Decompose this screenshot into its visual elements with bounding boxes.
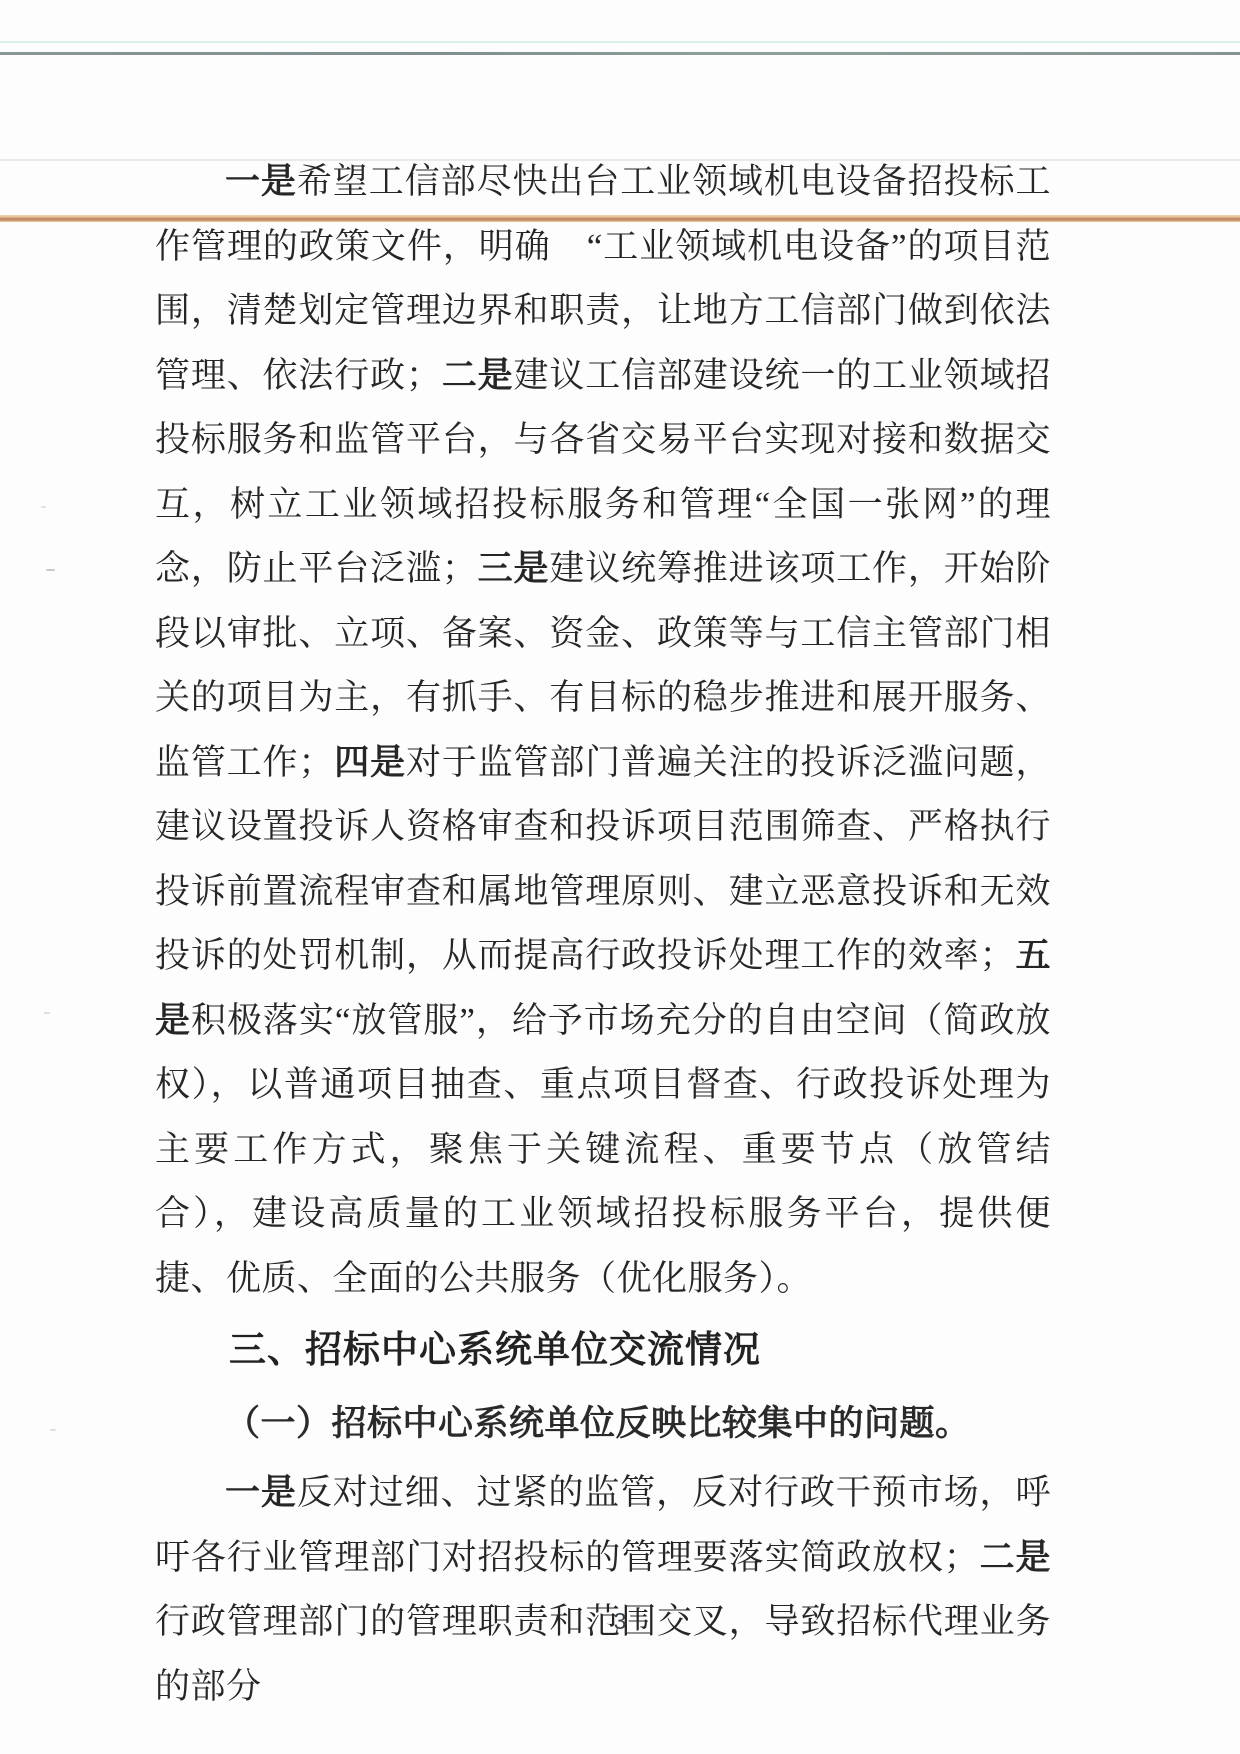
ordinal-marker-second: 二是: [979, 1538, 1051, 1577]
margin-scan-speck: [44, 1012, 50, 1014]
ordinal-marker-second: 二是: [441, 356, 513, 395]
top-rule-gray: [0, 52, 1240, 55]
document-body: 一是希望工信部尽快出台工业领域机电设备招投标工作管理的政策文件，明确 “工业领域…: [155, 150, 1051, 1719]
body-paragraph-problems: 一是反对过细、过紧的监管，反对行政干预市场，呼吁各行业管理部门对招投标的管理要落…: [155, 1456, 1051, 1719]
scanned-document-page: 一是希望工信部尽快出台工业领域机电设备招投标工作管理的政策文件，明确 “工业领域…: [0, 0, 1240, 1754]
margin-scan-speck: [50, 1429, 56, 1431]
body-paragraph-suggestions: 一是希望工信部尽快出台工业领域机电设备招投标工作管理的政策文件，明确 “工业领域…: [155, 150, 1051, 1311]
body-text-segment: 积极落实“放管服”，给予市场充分的自由空间（简政放权），以普通项目抽查、重点项目…: [155, 1001, 1051, 1298]
margin-scan-speck: [46, 569, 55, 571]
subsection-heading-one: （一）招标中心系统单位反映比较集中的问题。: [155, 1382, 1051, 1456]
ordinal-marker-first: 一是: [225, 1473, 297, 1512]
top-rule-mint: [0, 41, 1240, 43]
section-heading-three: 三、招标中心系统单位交流情况: [155, 1311, 1051, 1382]
ordinal-marker-third: 三是: [477, 549, 549, 588]
page-number: 3: [0, 1608, 1240, 1635]
ordinal-marker-first: 一是: [225, 162, 297, 201]
ordinal-marker-fourth: 四是: [334, 743, 406, 782]
margin-scan-speck: [41, 506, 46, 508]
